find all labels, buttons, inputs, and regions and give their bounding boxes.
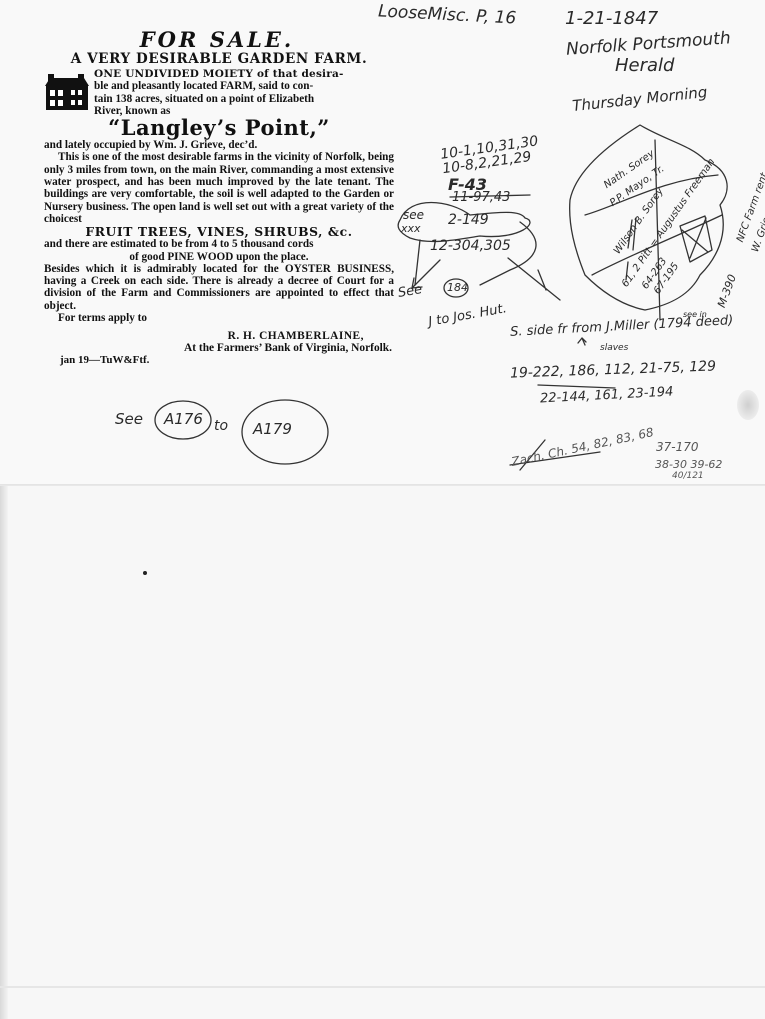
ad-intro: ONE UNDIVIDED MOIETY of that desira- ble…	[44, 68, 394, 117]
annotation-see-box: see	[403, 208, 424, 222]
ad-body: and lately occupied by Wm. J. Grieve, de…	[44, 139, 394, 324]
ad-paragraph: This is one of the most desirable farms …	[44, 151, 394, 225]
annotation-see-to-word: to	[214, 418, 228, 434]
annotation-see-to: A179	[253, 420, 292, 438]
ad-subtitle: A VERY DESIRABLE GARDEN FARM.	[44, 52, 394, 67]
ad-contact-name: R. H. CHAMBERLAINE,	[44, 330, 394, 342]
smudge-mark	[737, 390, 759, 420]
annotation-see-184: 184	[447, 281, 468, 294]
annotation-refs: 11-97,43	[452, 190, 510, 205]
ad-paragraph: Besides which it is admirably located fo…	[44, 263, 394, 312]
annotation-see-prefix: See	[115, 410, 143, 428]
house-icon	[44, 72, 90, 112]
ad-heading-fruit-trees: FRUIT TREES, VINES, SHRUBS, &c.	[44, 225, 394, 238]
annotation-date: 1-21-1847	[565, 8, 658, 29]
annotation-refs: 38-30 39-62	[655, 458, 722, 471]
annotation-refs: 12-304,305	[430, 238, 511, 254]
ad-date-line: jan 19—TuW&Ftf.	[44, 354, 394, 366]
annotation-refs: 2-149	[448, 212, 489, 228]
ad-intro-line: ble and pleasantly located FARM, said to…	[44, 80, 394, 92]
ad-intro-lead: ONE UNDIVIDED MOIETY of that desira-	[44, 68, 394, 80]
annotation-see-from: A176	[164, 410, 203, 428]
annotation-sup-note: see in	[683, 310, 707, 319]
scanner-edge-bottom	[0, 986, 765, 988]
ad-terms: For terms apply to	[44, 312, 394, 324]
ad-occupied-line: and lately occupied by Wm. J. Grieve, de…	[44, 139, 394, 151]
ad-intro-line: River, known as	[44, 105, 394, 117]
annotation-see-box-2: xxx	[401, 222, 421, 235]
annotation-refs: 37-170	[656, 440, 699, 454]
scanner-edge	[0, 486, 8, 1019]
ink-speck	[143, 571, 147, 575]
annotation-slaves: slaves	[600, 343, 628, 353]
ad-paragraph: and there are estimated to be from 4 to …	[44, 238, 394, 250]
ad-title: FOR SALE.	[40, 28, 394, 52]
blank-backing-sheet	[0, 486, 765, 1019]
annotation-source-2: Herald	[615, 55, 674, 76]
ad-property-name: “Langley’s Point,”	[44, 117, 394, 139]
ad-intro-line: tain 138 acres, situated on a point of E…	[44, 93, 394, 105]
annotation-refs: 40/121	[672, 471, 704, 481]
ad-paragraph: of good PINE WOOD upon the place.	[44, 251, 394, 263]
newspaper-advertisement: FOR SALE. A VERY DESIRABLE GARDEN FARM. …	[44, 28, 394, 366]
ad-contact-place: At the Farmers’ Bank of Virginia, Norfol…	[44, 342, 394, 354]
